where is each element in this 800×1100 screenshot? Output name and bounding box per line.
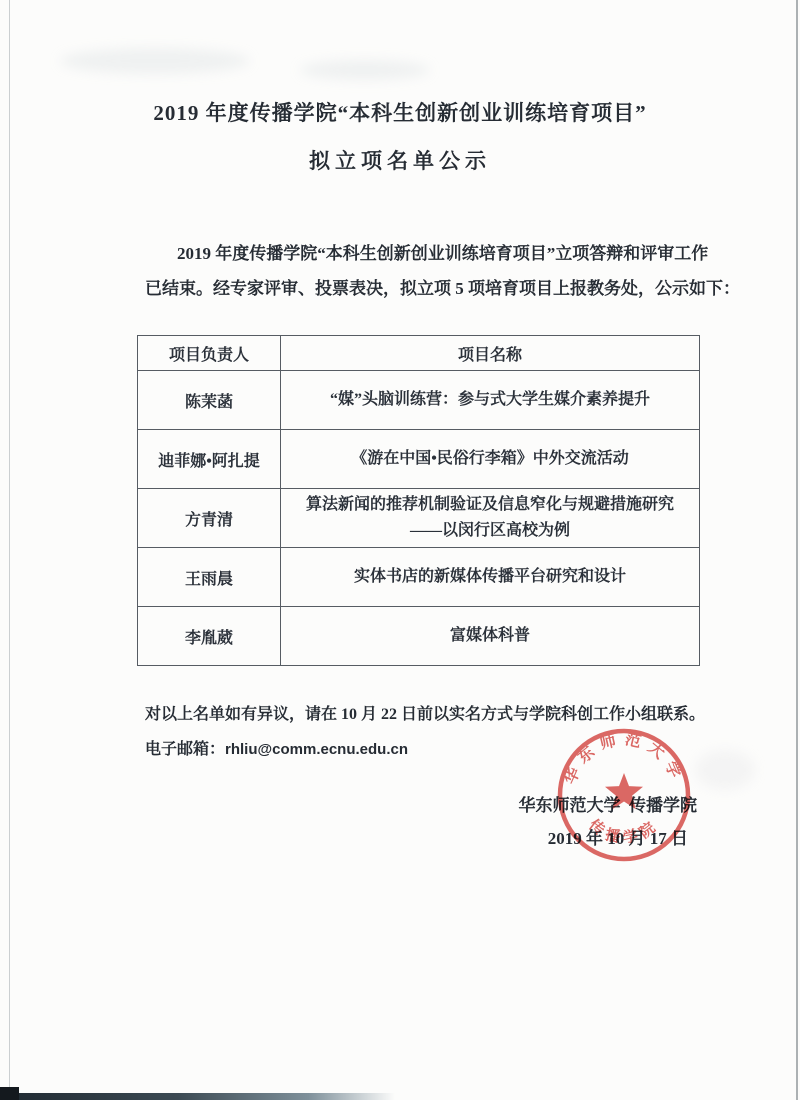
signature-organization: 华东师范大学 传播学院 bbox=[519, 791, 698, 816]
objection-notice: 对以上名单如有异议，请在 10 月 22 日前以实名方式与学院科创工作小组联系。… bbox=[145, 697, 745, 767]
project-name: 富媒体科普 bbox=[281, 607, 700, 666]
leader-name: 李胤葳 bbox=[138, 607, 281, 666]
table-row: 王雨晨 实体书店的新媒体传播平台研究和设计 bbox=[138, 548, 700, 607]
project-name-text: “媒”头脑训练营：参与式大学生媒介素养提升 bbox=[287, 387, 693, 413]
table-row: 陈茉菡 “媒”头脑训练营：参与式大学生媒介素养提升 bbox=[138, 371, 700, 430]
scan-smudge bbox=[300, 60, 430, 80]
project-name: 算法新闻的推荐机制验证及信息窄化与规避措施研究 ——以闵行区高校为例 bbox=[281, 489, 700, 548]
scan-edge-line-right bbox=[796, 0, 798, 1100]
email-line: 电子邮箱：rhliu@comm.ecnu.edu.cn bbox=[145, 732, 745, 767]
scan-corner-mark bbox=[0, 1087, 19, 1100]
email-label: 电子邮箱： bbox=[145, 741, 225, 758]
scan-shadow-bottom bbox=[0, 1093, 395, 1100]
leader-name: 陈茉菡 bbox=[138, 371, 281, 430]
table-row: 李胤葳 富媒体科普 bbox=[138, 607, 700, 666]
leader-name: 迪菲娜•阿扎提 bbox=[138, 430, 281, 489]
document-title-line1: 2019 年度传播学院“本科生创新创业训练培育项目” bbox=[0, 97, 800, 127]
leader-name: 王雨晨 bbox=[138, 548, 281, 607]
signature-date: 2019 年 10 月 17 日 bbox=[548, 824, 688, 849]
leader-name: 方青清 bbox=[138, 489, 281, 548]
project-name: “媒”头脑训练营：参与式大学生媒介素养提升 bbox=[281, 371, 700, 430]
document-title-line2: 拟立项名单公示 bbox=[0, 145, 800, 175]
scan-smudge bbox=[695, 750, 755, 790]
intro-paragraph-line2: 已结束。经专家评审、投票表决，拟立项 5 项培育项目上报教务处，公示如下： bbox=[145, 271, 715, 306]
project-name: 《游在中国•民俗行李箱》中外交流活动 bbox=[281, 430, 700, 489]
project-name-text: 富媒体科普 bbox=[287, 623, 693, 649]
intro-paragraph-line1: 2019 年度传播学院“本科生创新创业训练培育项目”立项答辩和评审工作 bbox=[145, 236, 715, 271]
scan-smudge bbox=[60, 48, 250, 74]
project-name-subtitle: ——以闵行区高校为例 bbox=[287, 518, 693, 544]
column-header-leader: 项目负责人 bbox=[138, 336, 281, 371]
email-address: rhliu@comm.ecnu.edu.cn bbox=[225, 741, 408, 758]
scan-edge-line-left bbox=[9, 0, 10, 1100]
table-row: 方青清 算法新闻的推荐机制验证及信息窄化与规避措施研究 ——以闵行区高校为例 bbox=[138, 489, 700, 548]
table-row: 迪菲娜•阿扎提 《游在中国•民俗行李箱》中外交流活动 bbox=[138, 430, 700, 489]
project-name-text: 实体书店的新媒体传播平台研究和设计 bbox=[287, 564, 693, 590]
project-name-text: 算法新闻的推荐机制验证及信息窄化与规避措施研究 bbox=[287, 492, 693, 518]
intro-paragraph: 2019 年度传播学院“本科生创新创业训练培育项目”立项答辩和评审工作 已结束。… bbox=[145, 236, 715, 306]
project-name-text: 《游在中国•民俗行李箱》中外交流活动 bbox=[287, 446, 693, 472]
project-name: 实体书店的新媒体传播平台研究和设计 bbox=[281, 548, 700, 607]
table-header-row: 项目负责人 项目名称 bbox=[138, 336, 700, 371]
project-table: 项目负责人 项目名称 陈茉菡 “媒”头脑训练营：参与式大学生媒介素养提升 迪菲娜… bbox=[137, 335, 700, 666]
notice-text: 对以上名单如有异议，请在 10 月 22 日前以实名方式与学院科创工作小组联系。 bbox=[145, 697, 745, 732]
column-header-project: 项目名称 bbox=[281, 336, 700, 371]
